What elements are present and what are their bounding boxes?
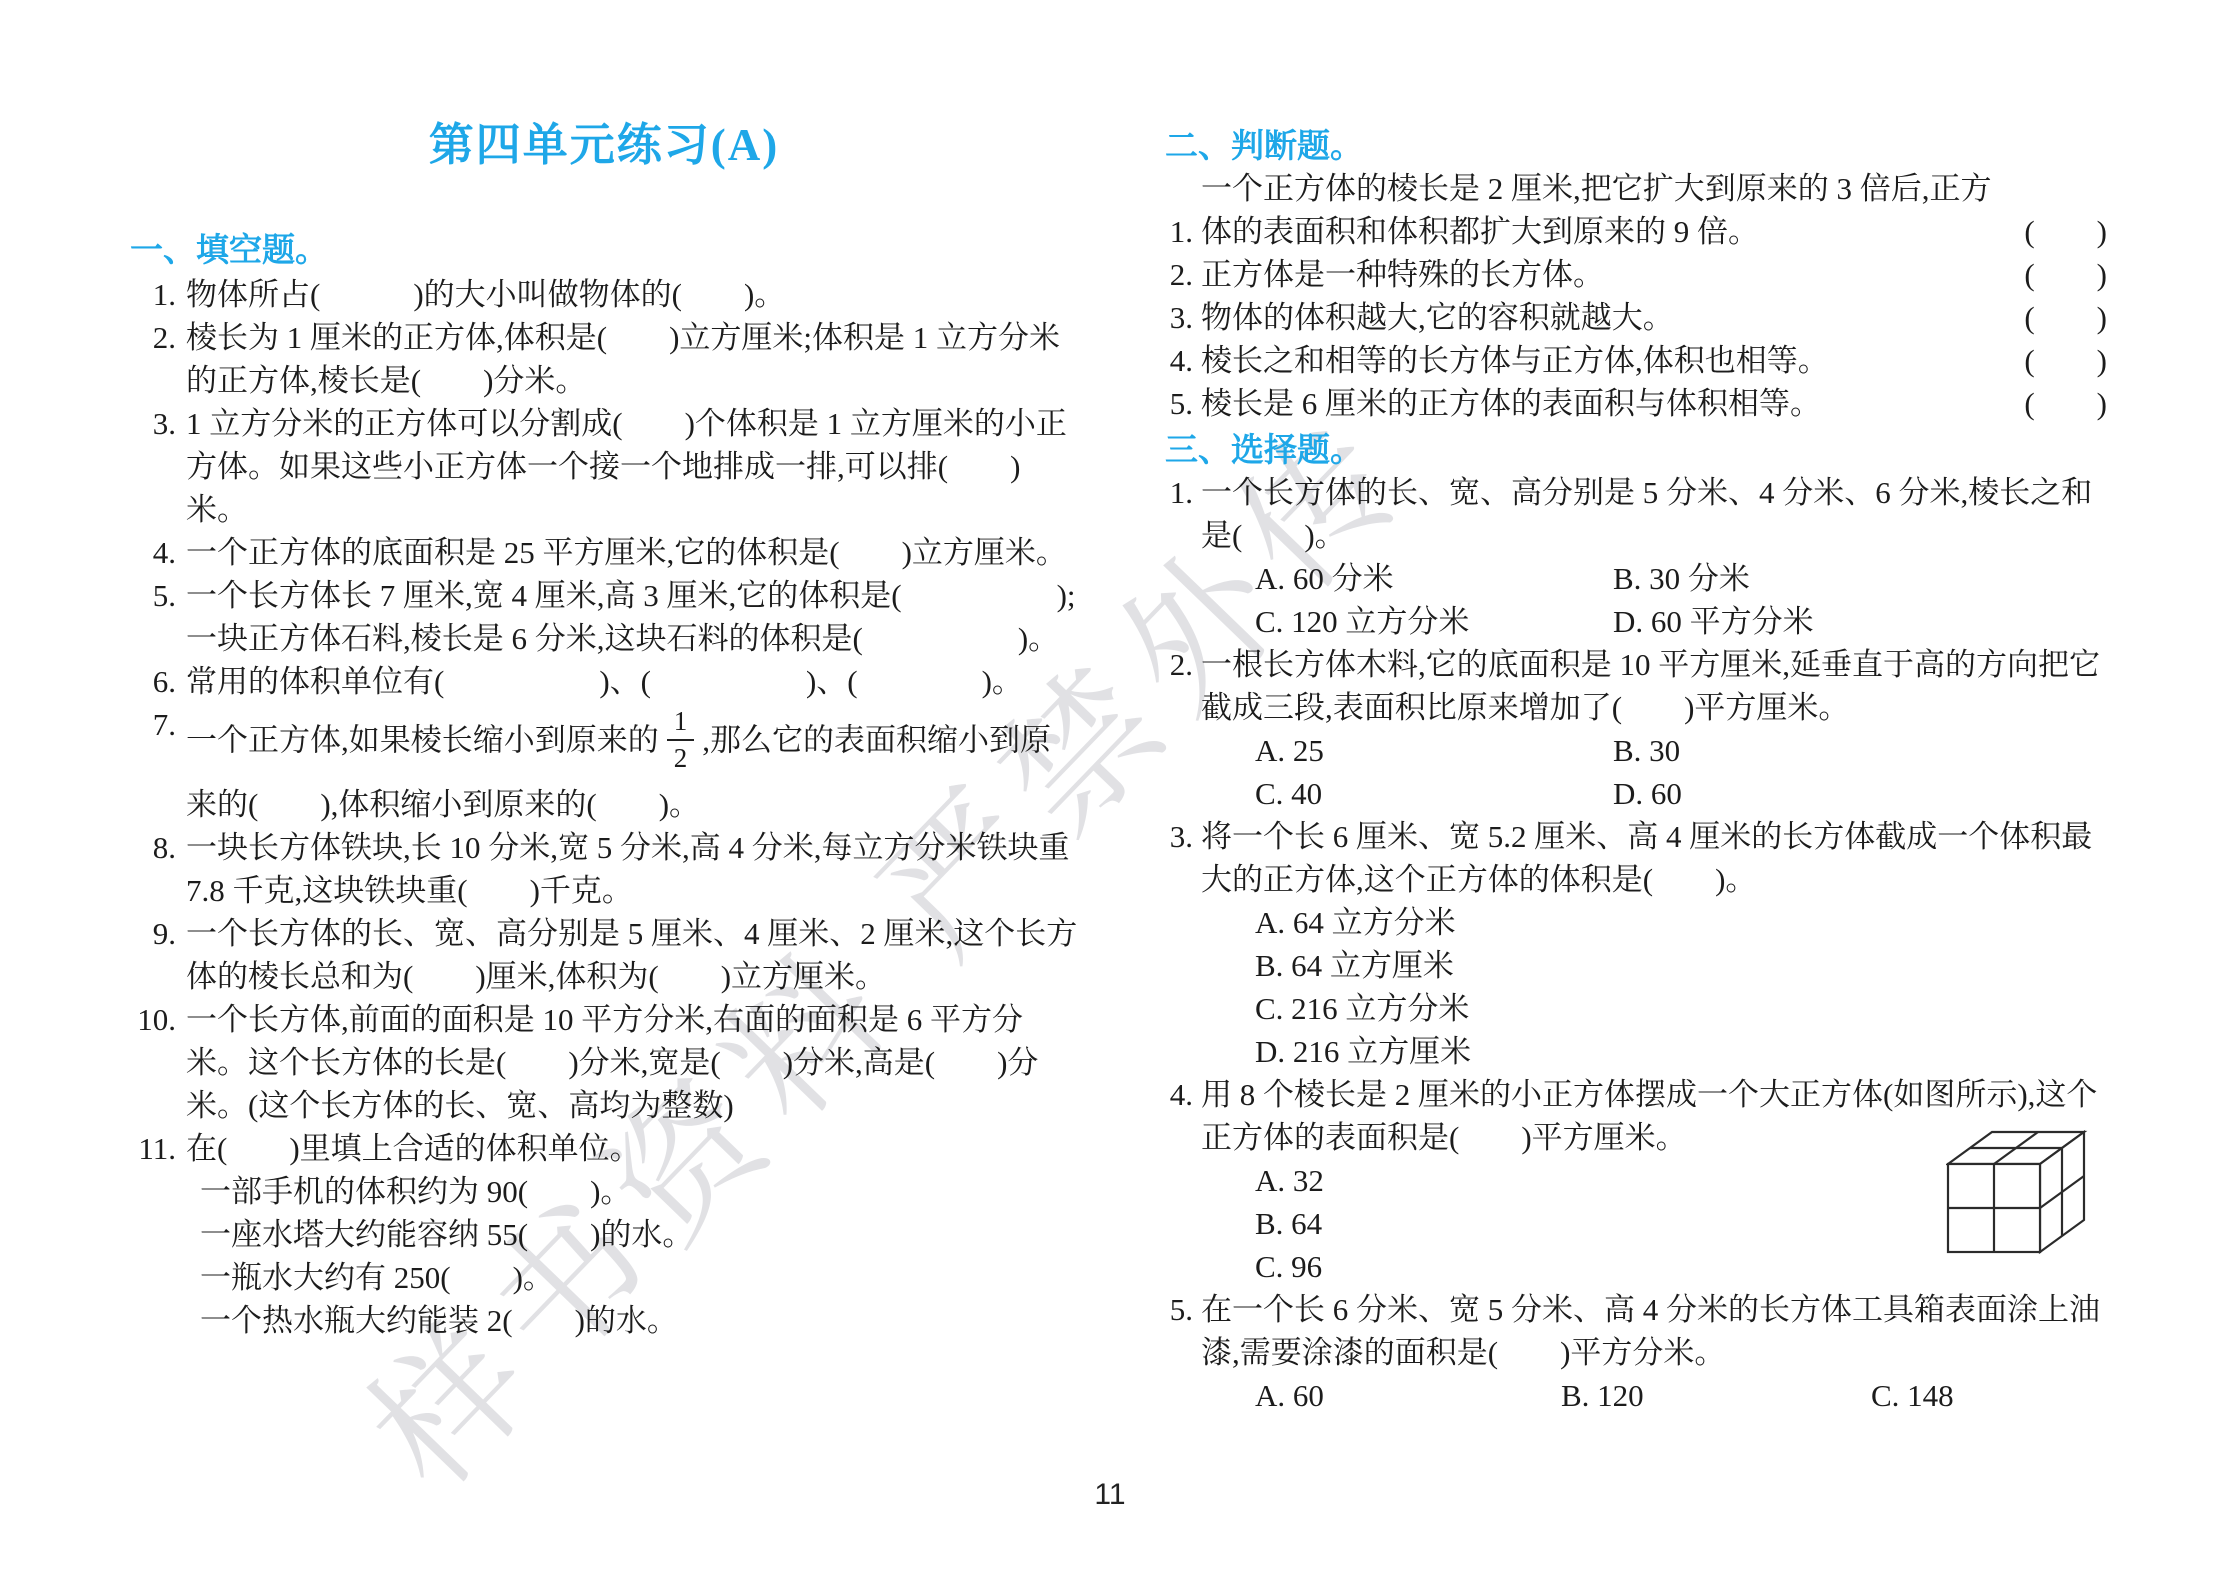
- choice-question-1-options: A. 60 分米 B. 30 分米 C. 120 立方分米 D. 60 平方分米: [1255, 557, 2107, 643]
- choice-question-5: 5. 在一个长 6 分米、宽 5 分米、高 4 分米的长方体工具箱表面涂上油漆,…: [1165, 1288, 2107, 1374]
- question-text: 一个正方体的棱长是 2 厘米,把它扩大到原来的 3 倍后,正方体的表面积和体积都…: [1201, 167, 2008, 253]
- question-number: 7.: [130, 703, 186, 746]
- question-text: 一个长方体的长、宽、高分别是 5 分米、4 分米、6 分米,棱长之和是( )。: [1201, 471, 2107, 557]
- question-number: 3.: [130, 402, 186, 445]
- fill-question-11-sub-3: 一瓶水大约有 250( )。: [130, 1256, 1078, 1299]
- question-number: 9.: [130, 912, 186, 955]
- choice-question-2: 2. 一根长方体木料,它的底面积是 10 平方厘米,延垂直于高的方向把它截成三段…: [1165, 643, 2107, 729]
- fill-question-4: 4. 一个正方体的底面积是 25 平方厘米,它的体积是( )立方厘米。: [130, 531, 1078, 574]
- option-a: A. 25: [1255, 729, 1613, 772]
- question-text: 在( )里填上合适的体积单位。: [186, 1127, 1078, 1170]
- answer-bracket: ( ): [2024, 382, 2107, 425]
- option-d: D. 60 平方分米: [1613, 600, 2107, 643]
- judge-question-4: 4. 棱长之和相等的长方体与正方体,体积也相等。 ( ): [1165, 339, 2107, 382]
- fraction-numerator: 1: [667, 707, 695, 741]
- judge-question-1: 1. 一个正方体的棱长是 2 厘米,把它扩大到原来的 3 倍后,正方体的表面积和…: [1165, 167, 2107, 253]
- question-text: 一个长方体,前面的面积是 10 平方分米,右面的面积是 6 平方分米。这个长方体…: [186, 998, 1078, 1127]
- answer-bracket: ( ): [2024, 253, 2107, 296]
- question-text: 一个正方体的底面积是 25 平方厘米,它的体积是( )立方厘米。: [186, 531, 1078, 574]
- fraction-one-half: 12: [667, 707, 695, 773]
- question-number: 2.: [1165, 643, 1201, 686]
- question-text: 一个长方体长 7 厘米,宽 4 厘米,高 3 厘米,它的体积是( );一块正方体…: [186, 574, 1078, 660]
- answer-bracket: ( ): [2024, 210, 2107, 253]
- question-number: 5.: [1165, 382, 1201, 425]
- question-text: 将一个长 6 厘米、宽 5.2 厘米、高 4 厘米的长方体截成一个体积最大的正方…: [1201, 815, 2107, 901]
- option-d: D. 60: [1613, 772, 2107, 815]
- cube-figure: [1946, 1126, 2088, 1258]
- fill-question-5: 5. 一个长方体长 7 厘米,宽 4 厘米,高 3 厘米,它的体积是( );一块…: [130, 574, 1078, 660]
- choice-question-3: 3. 将一个长 6 厘米、宽 5.2 厘米、高 4 厘米的长方体截成一个体积最大…: [1165, 815, 2107, 901]
- option-a: A. 60 分米: [1255, 557, 1613, 600]
- question-number: 4.: [1165, 1073, 1201, 1116]
- option-b: B. 30: [1613, 729, 2107, 772]
- answer-bracket: ( ): [2024, 339, 2107, 382]
- sub-item-text: 一个热水瓶大约能装 2( )的水。: [186, 1299, 1078, 1342]
- fill-question-6: 6. 常用的体积单位有( )、( )、( )。: [130, 660, 1078, 703]
- question-text: 常用的体积单位有( )、( )、( )。: [186, 660, 1078, 703]
- question-text: 物体的体积越大,它的容积就越大。: [1201, 296, 2008, 339]
- question-number: 2.: [130, 316, 186, 359]
- question-text: 棱长之和相等的长方体与正方体,体积也相等。: [1201, 339, 2008, 382]
- question-text: 一个正方体,如果棱长缩小到原来的12,那么它的表面积缩小到原来的( ),体积缩小…: [186, 703, 1078, 826]
- question-text-before-fraction: 一个正方体,如果棱长缩小到原来的: [186, 722, 659, 757]
- option-c: C. 120 立方分米: [1255, 600, 1613, 643]
- choice-question-5-options: A. 60 B. 120 C. 148: [1255, 1374, 2107, 1417]
- sub-item-text: 一部手机的体积约为 90( )。: [186, 1170, 1078, 1213]
- question-text: 一根长方体木料,它的底面积是 10 平方厘米,延垂直于高的方向把它截成三段,表面…: [1201, 643, 2107, 729]
- question-number: 8.: [130, 826, 186, 869]
- judge-question-3: 3. 物体的体积越大,它的容积就越大。 ( ): [1165, 296, 2107, 339]
- question-text: 棱长为 1 厘米的正方体,体积是( )立方厘米;体积是 1 立方分米的正方体,棱…: [186, 316, 1078, 402]
- page-number: 11: [0, 1478, 2220, 1512]
- judge-question-2: 2. 正方体是一种特殊的长方体。 ( ): [1165, 253, 2107, 296]
- question-number: 10.: [130, 998, 186, 1041]
- fill-question-11: 11. 在( )里填上合适的体积单位。: [130, 1127, 1078, 1170]
- fill-question-11-sub-4: 一个热水瓶大约能装 2( )的水。: [130, 1299, 1078, 1342]
- section-heading-fill: 一、填空题。: [130, 228, 1078, 271]
- question-number: 6.: [130, 660, 186, 703]
- fill-question-7: 7. 一个正方体,如果棱长缩小到原来的12,那么它的表面积缩小到原来的( ),体…: [130, 703, 1078, 826]
- fraction-denominator: 2: [667, 741, 695, 773]
- question-number: 1.: [1165, 471, 1201, 514]
- fill-question-2: 2. 棱长为 1 厘米的正方体,体积是( )立方厘米;体积是 1 立方分米的正方…: [130, 316, 1078, 402]
- question-text: 在一个长 6 分米、宽 5 分米、高 4 分米的长方体工具箱表面涂上油漆,需要涂…: [1201, 1288, 2107, 1374]
- section-heading-choice: 三、选择题。: [1165, 428, 2107, 471]
- question-text: 1 立方分米的正方体可以分割成( )个体积是 1 立方厘米的小正方体。如果这些小…: [186, 402, 1078, 531]
- fill-question-11-sub-1: 一部手机的体积约为 90( )。: [130, 1170, 1078, 1213]
- choice-question-1: 1. 一个长方体的长、宽、高分别是 5 分米、4 分米、6 分米,棱长之和是( …: [1165, 471, 2107, 557]
- option-a: A. 60: [1255, 1374, 1561, 1417]
- option-d: D. 216 立方厘米: [1255, 1030, 2107, 1073]
- fill-question-3: 3. 1 立方分米的正方体可以分割成( )个体积是 1 立方厘米的小正方体。如果…: [130, 402, 1078, 531]
- option-b: B. 30 分米: [1613, 557, 2107, 600]
- option-c: C. 216 立方分米: [1255, 987, 2107, 1030]
- question-text: 物体所占( )的大小叫做物体的( )。: [186, 273, 1078, 316]
- question-text: 正方体是一种特殊的长方体。: [1201, 253, 2008, 296]
- sub-item-text: 一瓶水大约有 250( )。: [186, 1256, 1078, 1299]
- question-number: 3.: [1165, 815, 1201, 858]
- judge-question-5: 5. 棱长是 6 厘米的正方体的表面积与体积相等。 ( ): [1165, 382, 2107, 425]
- question-number: 4.: [130, 531, 186, 574]
- fill-question-9: 9. 一个长方体的长、宽、高分别是 5 厘米、4 厘米、2 厘米,这个长方体的棱…: [130, 912, 1078, 998]
- question-number: 5.: [1165, 1288, 1201, 1331]
- sub-item-text: 一座水塔大约能容纳 55( )的水。: [186, 1213, 1078, 1256]
- option-c: C. 40: [1255, 772, 1613, 815]
- fill-question-1: 1. 物体所占( )的大小叫做物体的( )。: [130, 273, 1078, 316]
- question-text: 棱长是 6 厘米的正方体的表面积与体积相等。: [1201, 382, 2008, 425]
- fill-question-10: 10. 一个长方体,前面的面积是 10 平方分米,右面的面积是 6 平方分米。这…: [130, 998, 1078, 1127]
- option-c: C. 148: [1871, 1374, 2107, 1417]
- option-b: B. 120: [1561, 1374, 1871, 1417]
- answer-bracket: ( ): [2024, 296, 2107, 339]
- question-number: 11.: [130, 1127, 186, 1170]
- question-number: 3.: [1165, 296, 1201, 339]
- question-text: 一块长方体铁块,长 10 分米,宽 5 分米,高 4 分米,每立方分米铁块重 7…: [186, 826, 1078, 912]
- option-a: A. 64 立方分米: [1255, 901, 2107, 944]
- choice-question-3-options: A. 64 立方分米 B. 64 立方厘米 C. 216 立方分米 D. 216…: [1255, 901, 2107, 1073]
- question-number: 1.: [130, 273, 186, 316]
- choice-question-2-options: A. 25 B. 30 C. 40 D. 60: [1255, 729, 2107, 815]
- fill-question-11-sub-2: 一座水塔大约能容纳 55( )的水。: [130, 1213, 1078, 1256]
- option-b: B. 64 立方厘米: [1255, 944, 2107, 987]
- question-number: 1.: [1165, 210, 1201, 253]
- fill-question-8: 8. 一块长方体铁块,长 10 分米,宽 5 分米,高 4 分米,每立方分米铁块…: [130, 826, 1078, 912]
- question-text: 一个长方体的长、宽、高分别是 5 厘米、4 厘米、2 厘米,这个长方体的棱长总和…: [186, 912, 1078, 998]
- question-number: 4.: [1165, 339, 1201, 382]
- section-heading-judge: 二、判断题。: [1165, 124, 2107, 167]
- page-title: 第四单元练习(A): [130, 118, 1078, 172]
- worksheet-page: 样书资料 严禁外传 第四单元练习(A) 一、填空题。 1. 物体所占( )的大小…: [0, 0, 2220, 1571]
- left-column: 第四单元练习(A) 一、填空题。 1. 物体所占( )的大小叫做物体的( )。 …: [130, 0, 1078, 1342]
- question-number: 5.: [130, 574, 186, 617]
- question-number: 2.: [1165, 253, 1201, 296]
